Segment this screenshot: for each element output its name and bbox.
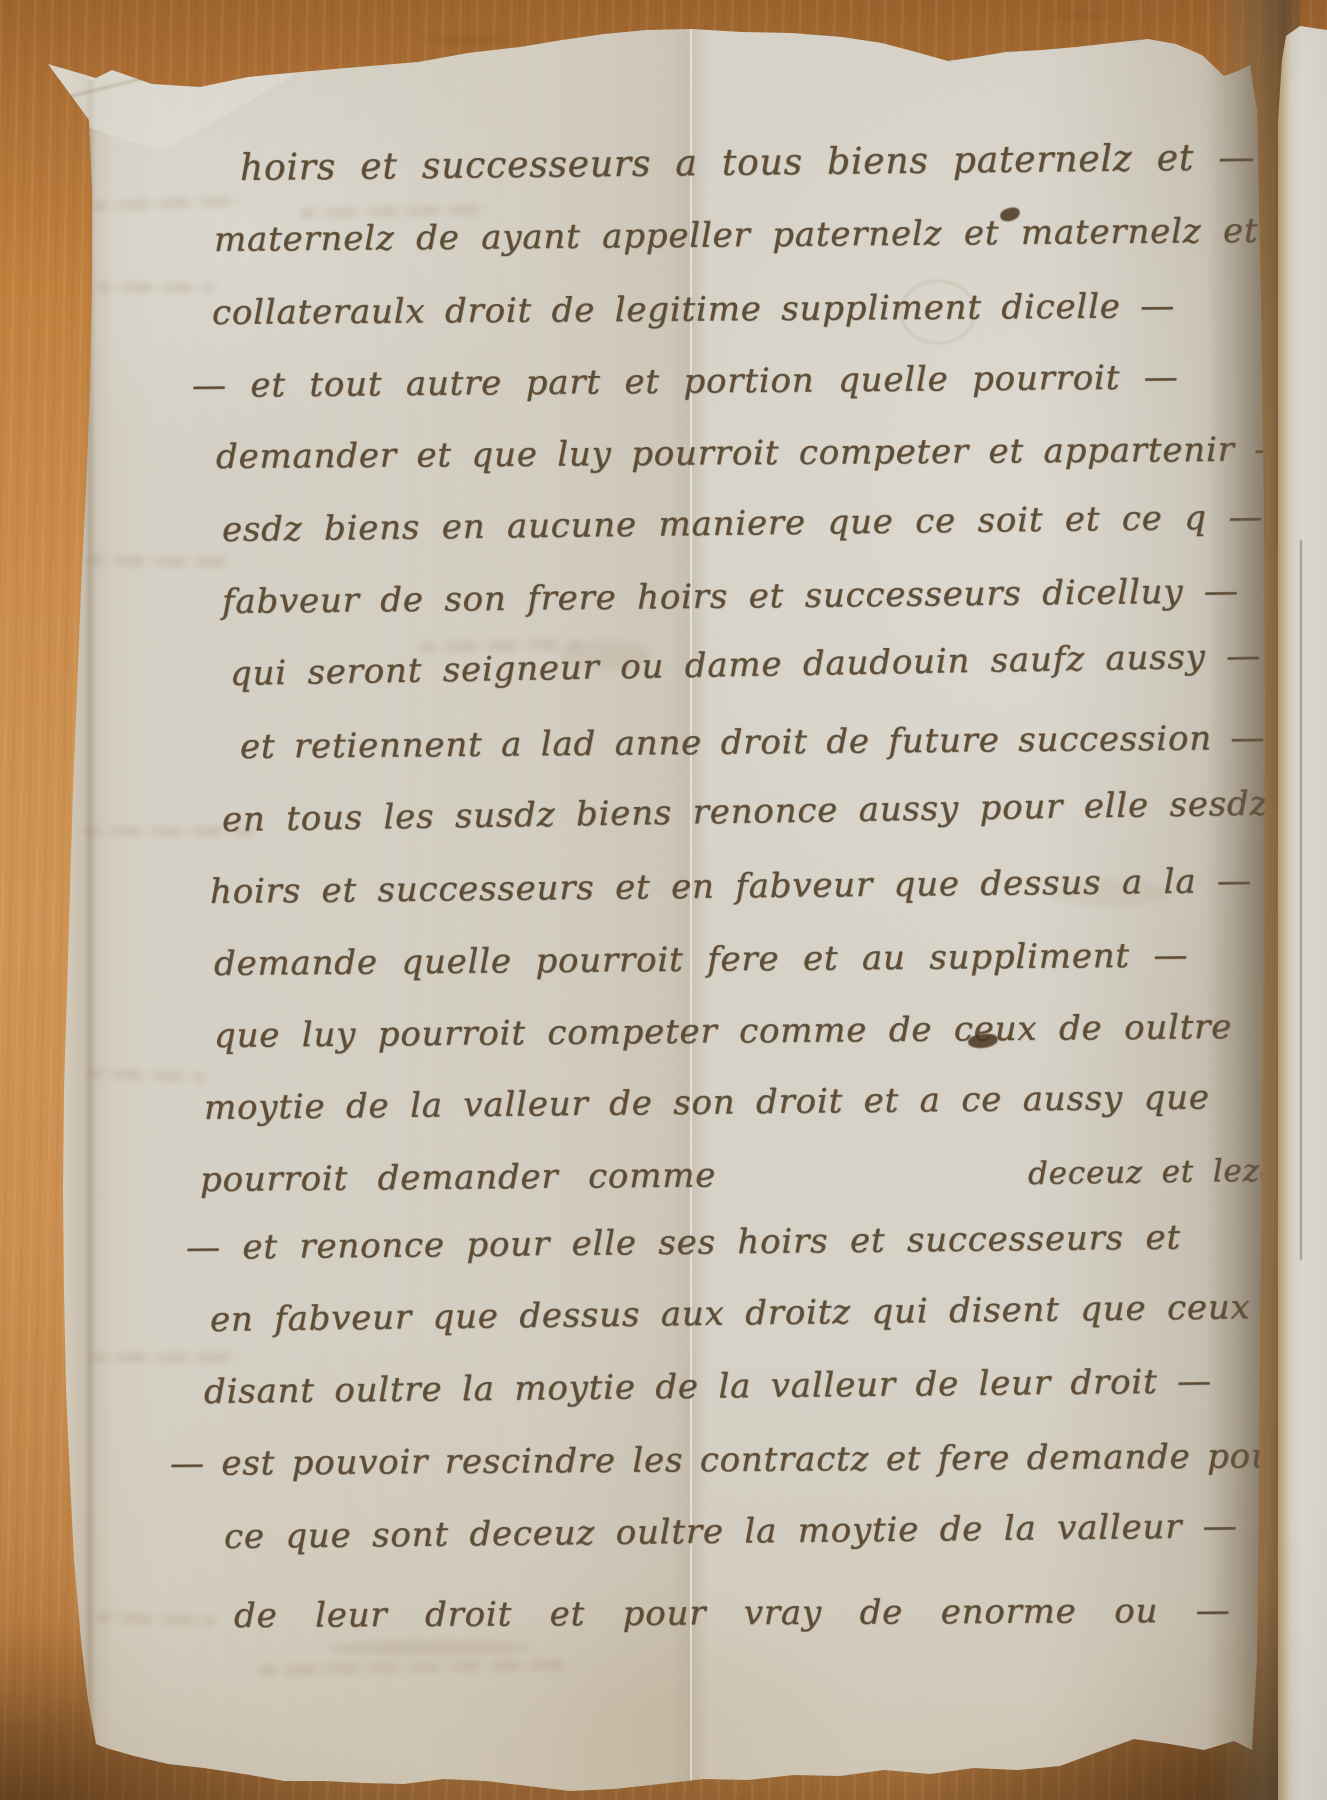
leaf-crack-line (1300, 540, 1302, 1260)
paper-texture-noise (0, 0, 1327, 1800)
manuscript-page-sheet: hoirs et successeurs a tous biens patern… (0, 0, 1327, 1800)
second-folded-leaf (1278, 0, 1327, 1800)
